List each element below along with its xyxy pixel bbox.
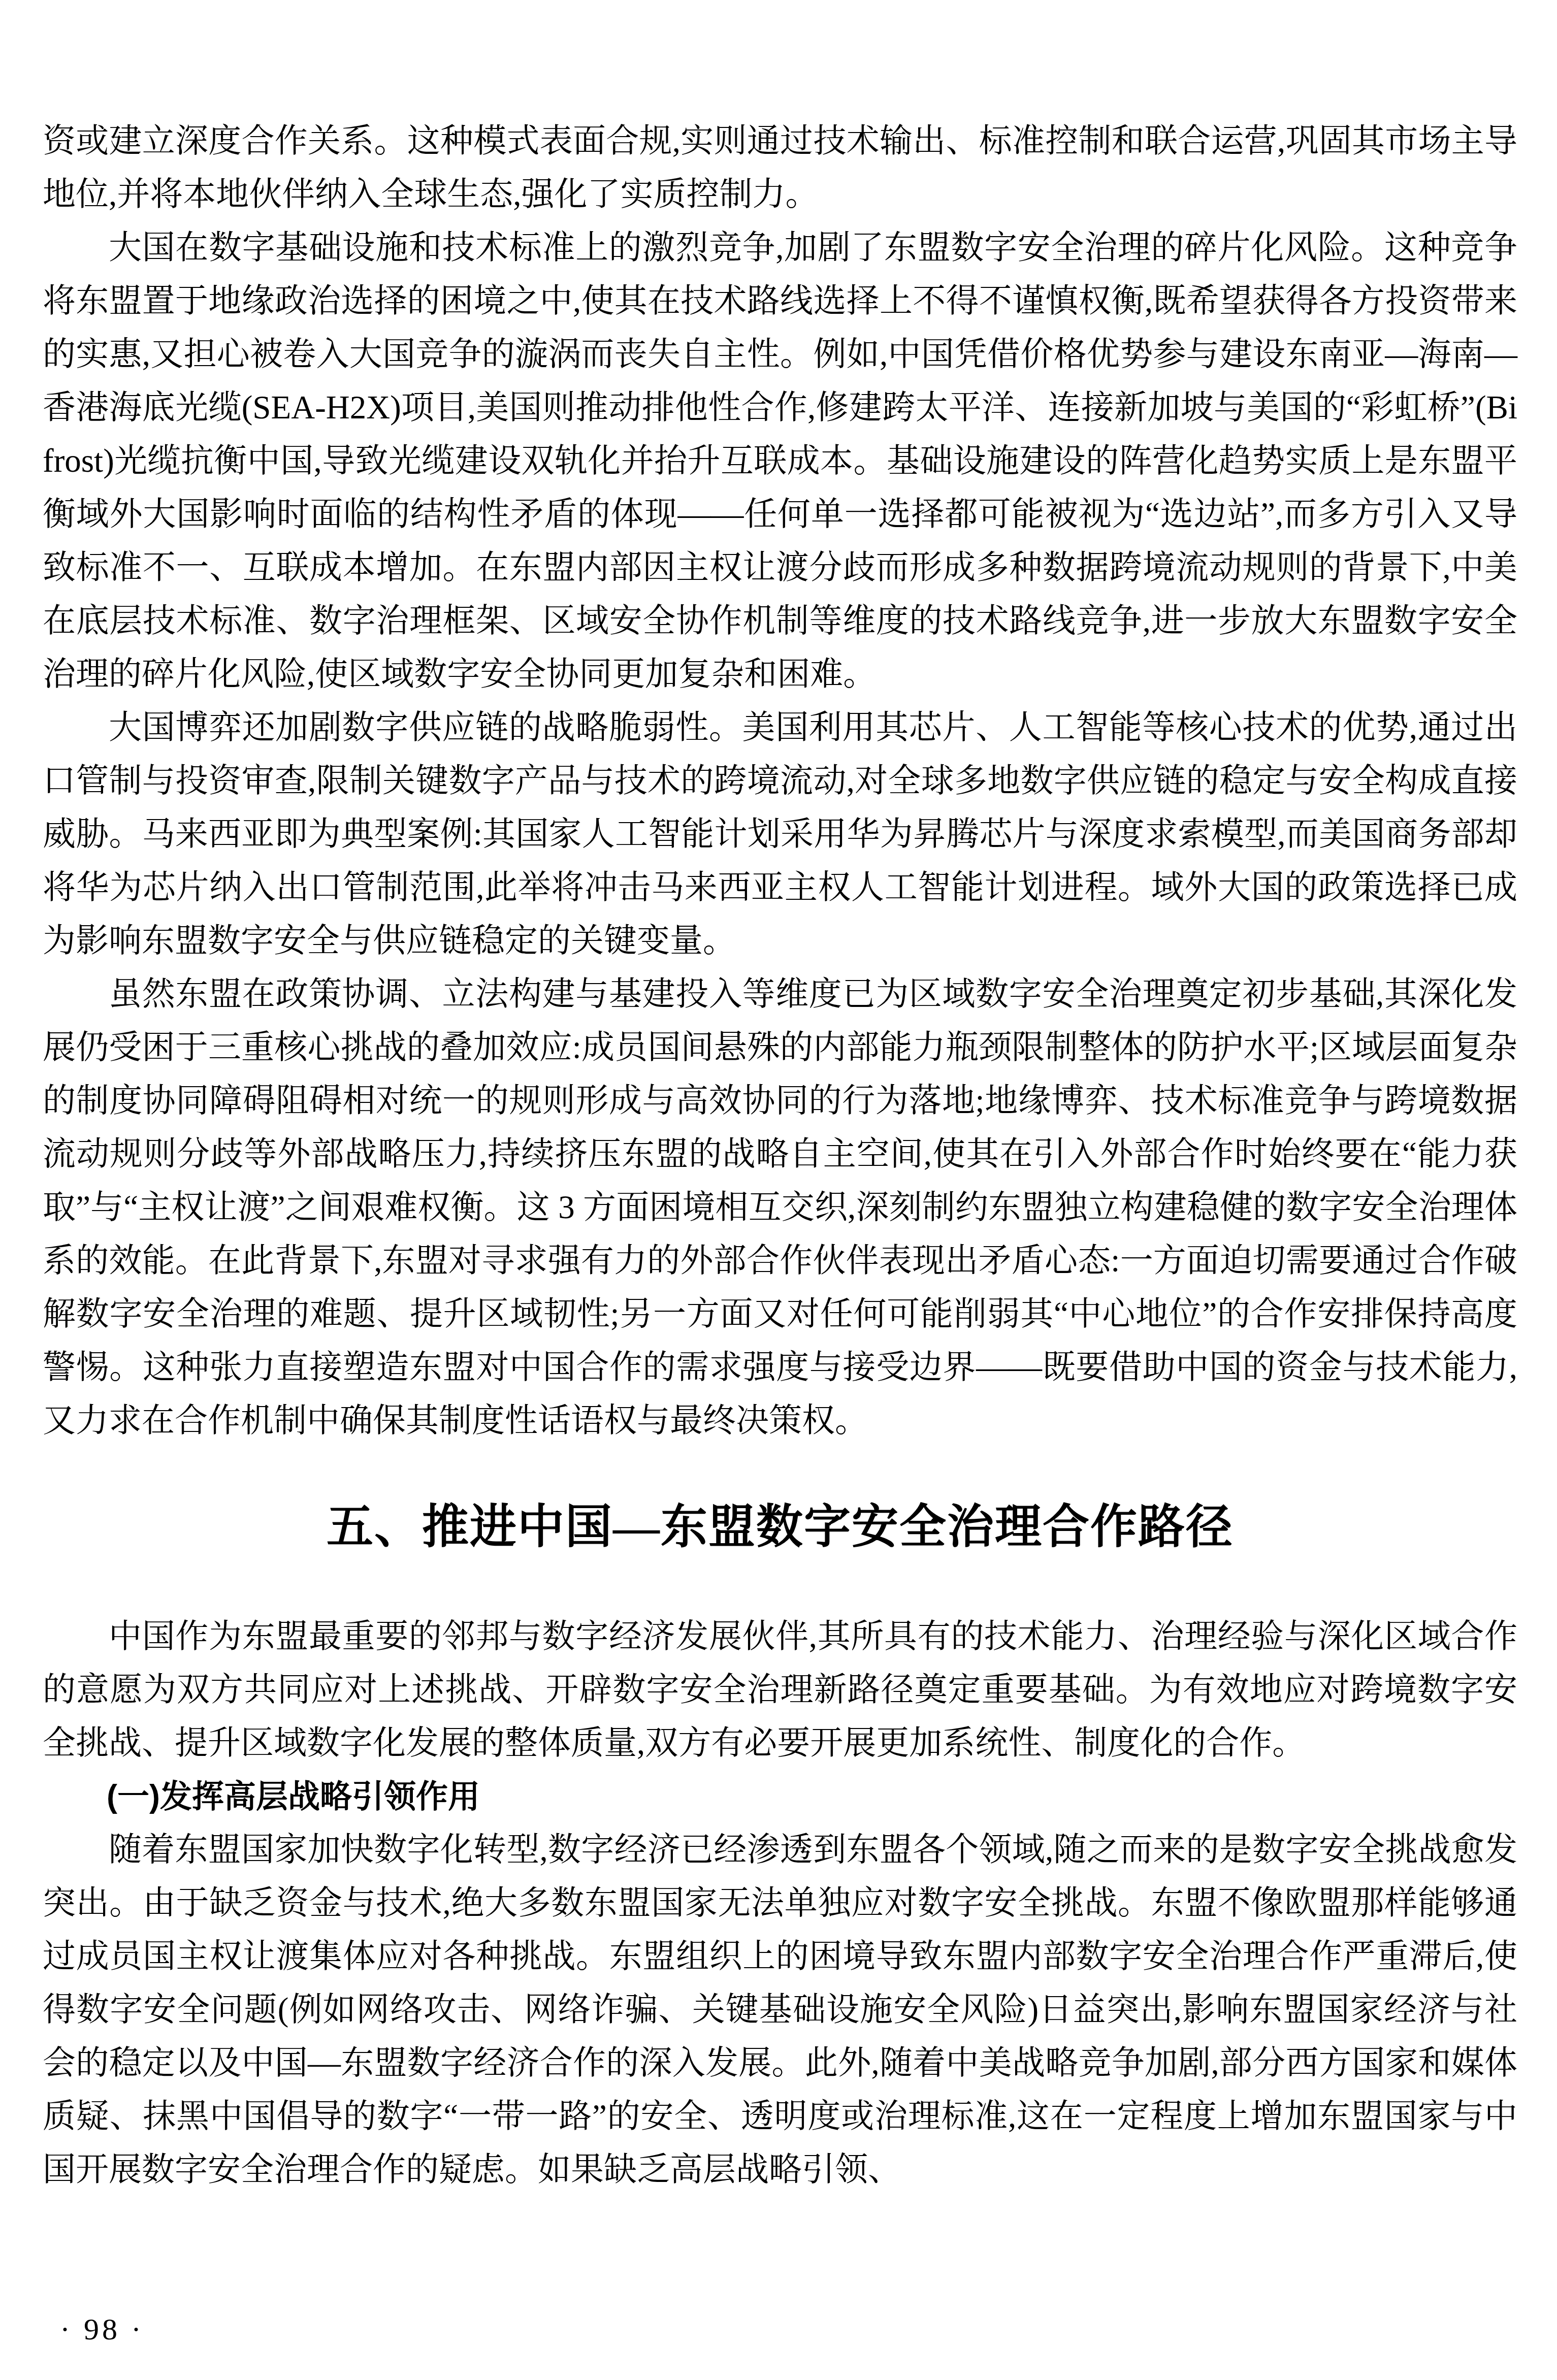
paragraph-5: 中国作为东盟最重要的邻邦与数字经济发展伙伴,其所具有的技术能力、治理经验与深化区… [43, 1610, 1517, 1770]
page-number: · 98 · [60, 2303, 144, 2356]
paragraph-2: 大国在数字基础设施和技术标准上的激烈竞争,加剧了东盟数字安全治理的碎片化风险。这… [43, 221, 1517, 701]
document-page: 资或建立深度合作关系。这种模式表面合规,实则通过技术输出、标准控制和联合运营,巩… [0, 0, 1557, 2380]
subsection-heading: (一)发挥高层战略引领作用 [43, 1770, 1517, 1823]
section-heading: 五、推进中国—东盟数字安全治理合作路径 [43, 1491, 1517, 1562]
paragraph-6: 随着东盟国家加快数字化转型,数字经济已经渗透到东盟各个领域,随之而来的是数字安全… [43, 1823, 1517, 2197]
paragraph-continuation: 资或建立深度合作关系。这种模式表面合规,实则通过技术输出、标准控制和联合运营,巩… [43, 115, 1517, 221]
paragraph-3: 大国博弈还加剧数字供应链的战略脆弱性。美国利用其芯片、人工智能等核心技术的优势,… [43, 701, 1517, 968]
paragraph-4: 虽然东盟在政策协调、立法构建与基建投入等维度已为区域数字安全治理奠定初步基础,其… [43, 968, 1517, 1448]
